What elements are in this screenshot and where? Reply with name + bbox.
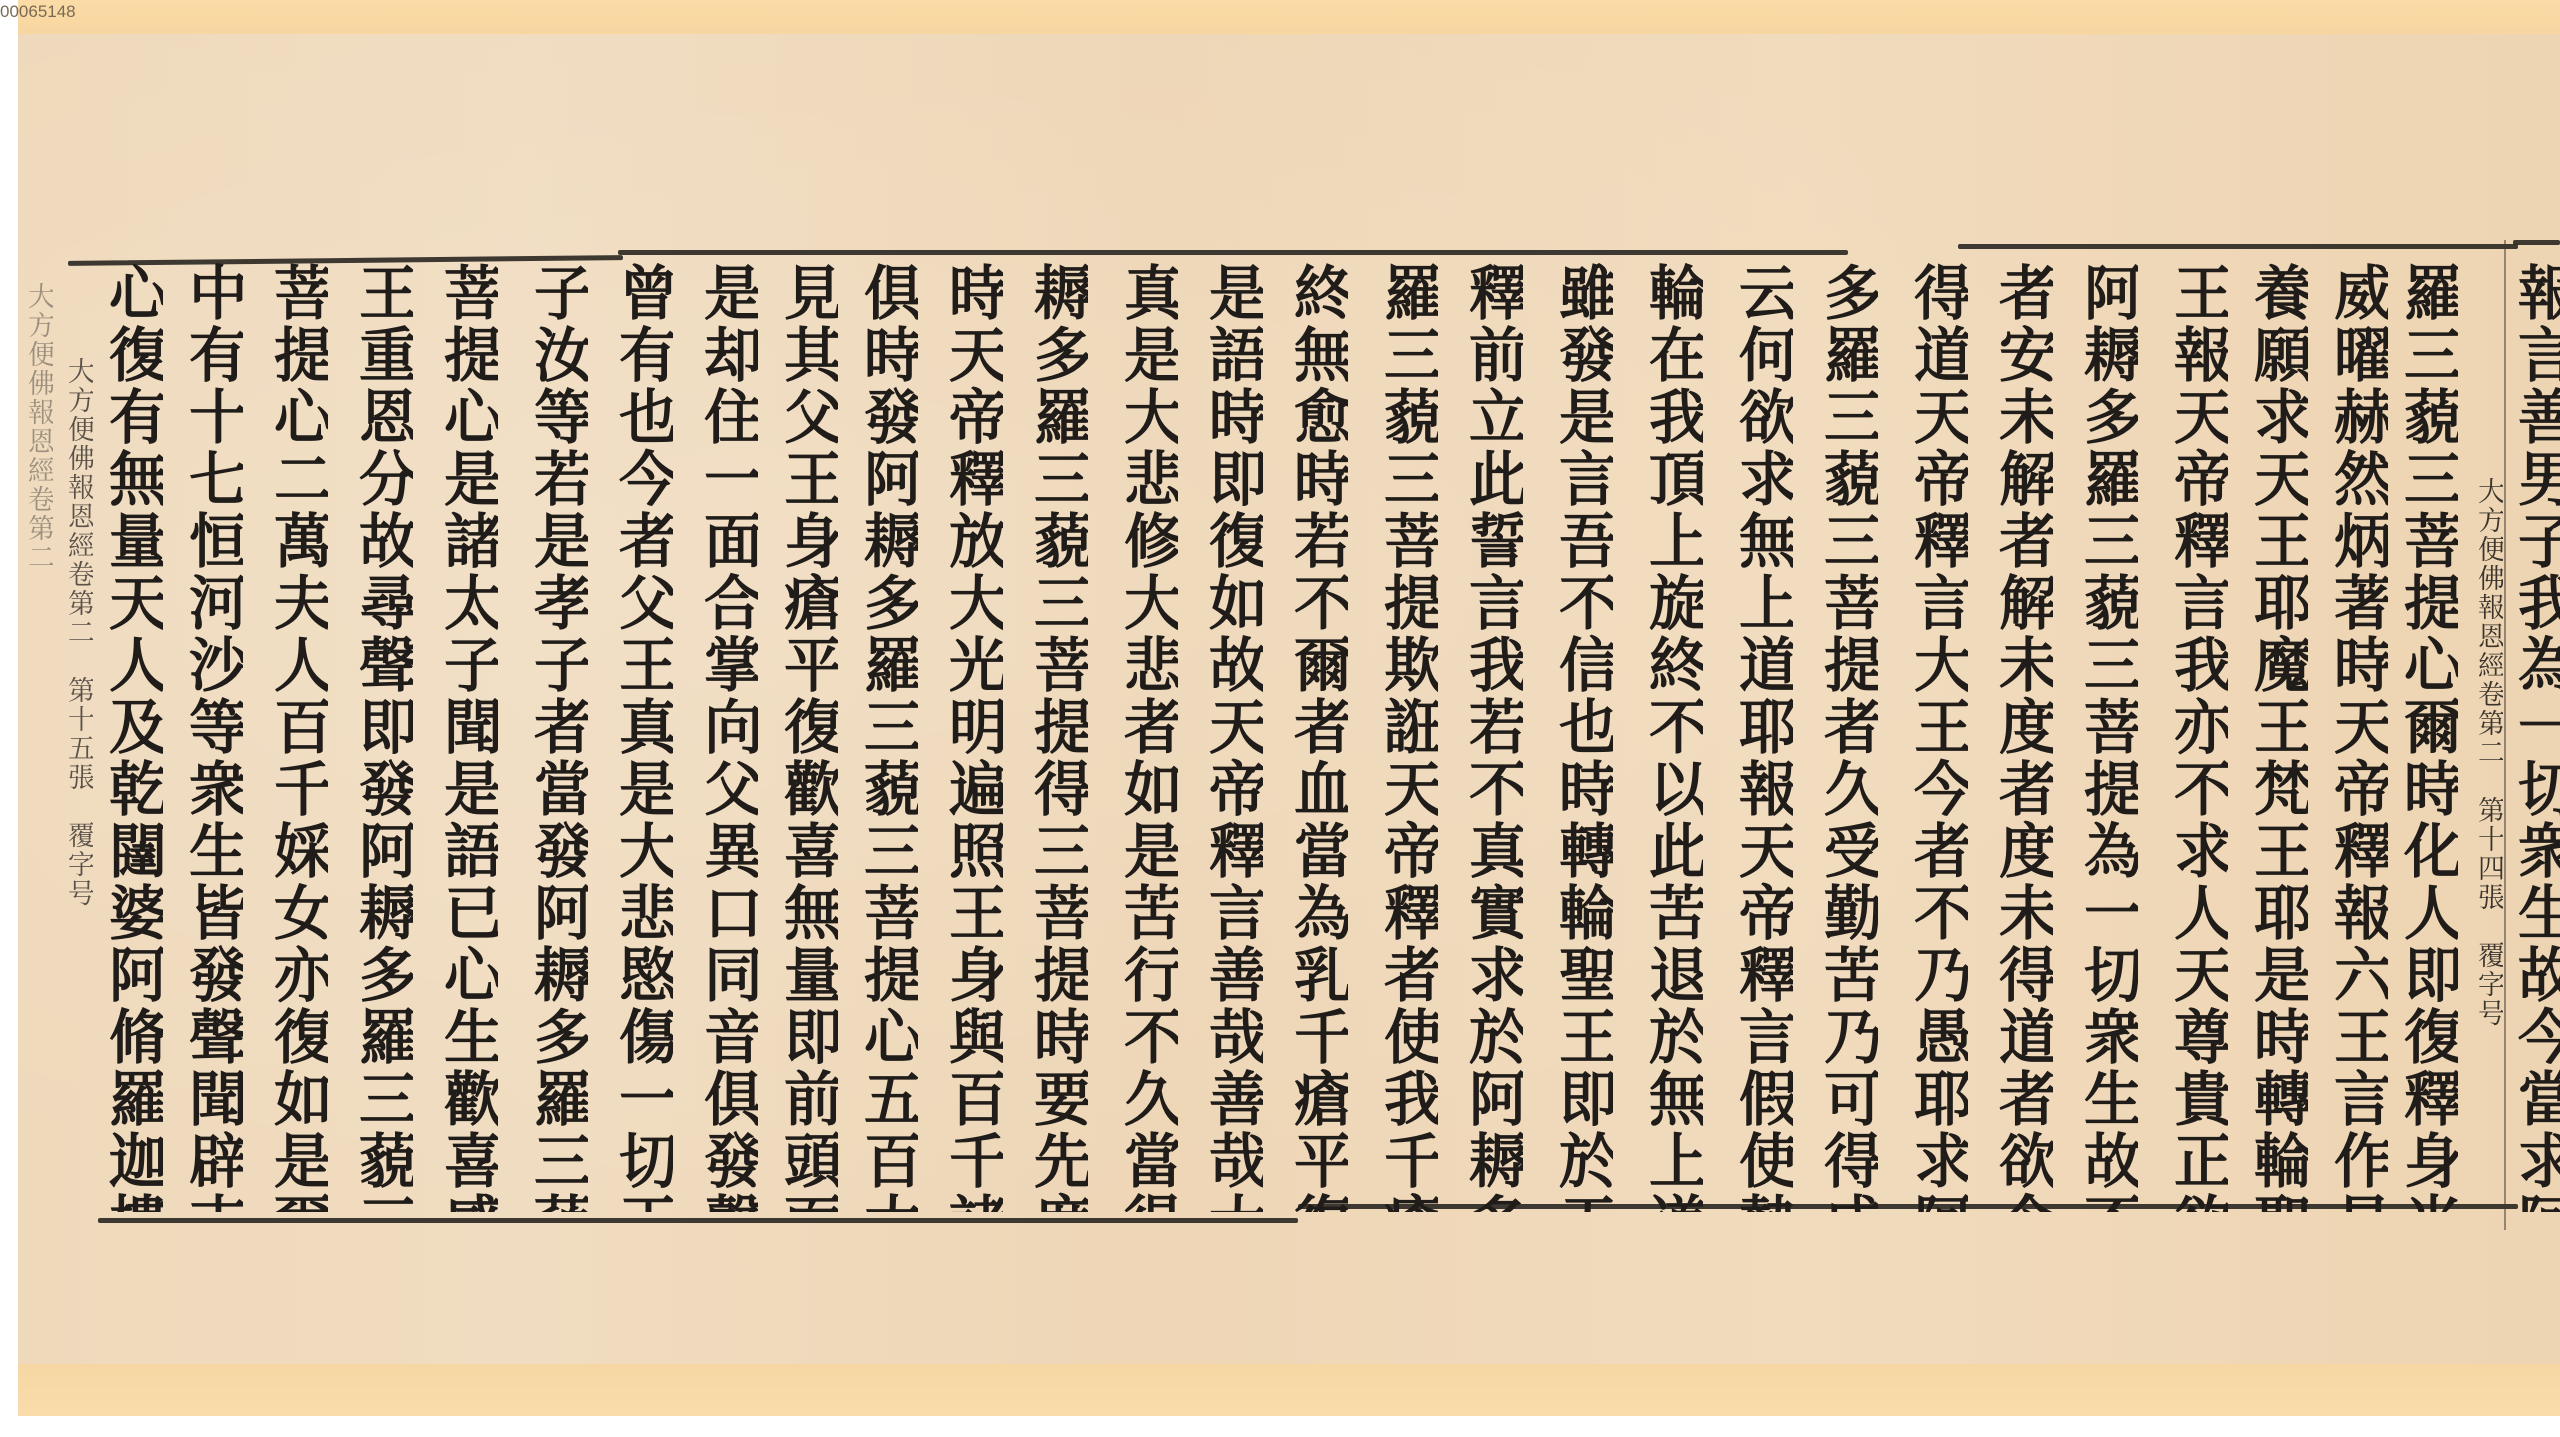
text-column: 子汝等若是孝子者當發阿耨多羅三藐三 — [528, 262, 588, 1212]
text-column: 威曜赫然炳著時天帝釋報六王言作是供 — [2328, 262, 2388, 1212]
text-column: 養願求天王耶魔王梵王耶是時轉輪聖 — [2248, 262, 2308, 1212]
text-columns: 報言善男子我為一切衆生故今當求阿耨多 大方便佛報恩經卷第二 第十四張 覆字号 羅… — [18, 262, 2560, 1212]
text-column: 曾有也今者父王真是大悲愍傷一切王報太 — [613, 262, 673, 1212]
text-column: 報言善男子我為一切衆生故今當求阿耨多 — [2512, 262, 2560, 1212]
text-column: 雖發是言吾不信也時轉輪聖王即於天帝 — [1553, 262, 1613, 1212]
top-frame-rule — [1958, 244, 2518, 249]
marginal-title: 大方便佛報恩經卷第二 第十四張 覆字号 — [2473, 477, 2503, 1427]
text-column: 王重恩分故尋聲即發阿耨多羅三藐三 — [353, 262, 413, 1212]
top-frame-rule — [2513, 240, 2560, 245]
text-column: 時天帝釋放大光明遍照王身與百千諸天 — [943, 262, 1003, 1212]
scan-image: 報言善男子我為一切衆生故今當求阿耨多 大方便佛報恩經卷第二 第十四張 覆字号 羅… — [18, 0, 2560, 1416]
text-column: 者安未解者解未度者度未得道者欲令 — [1993, 262, 2053, 1212]
text-column: 輪在我頂上旋終不以此苦退於無上道汝 — [1643, 262, 1703, 1212]
text-column: 菩提心二萬夫人百千婇女亦復如是爾時衆 — [268, 262, 328, 1212]
text-column: 耨多羅三藐三菩提得三菩提時要先度我 — [1028, 262, 1088, 1212]
text-column: 見其父王身瘡平復歡喜無量即前頭面礼 — [778, 262, 838, 1212]
text-column: 終無愈時若不爾者血當為乳千瘡平復說 — [1288, 262, 1348, 1212]
text-column: 心復有無量天人及乾闥婆阿脩羅迦樓羅 — [103, 262, 163, 1212]
marginal-title: 大方便佛報恩經卷第二 第十五張 覆字号 — [63, 357, 93, 1307]
text-column: 王報天帝釋言我亦不求人天尊貴正欲求 — [2168, 262, 2228, 1212]
text-column: 是語時即復如故天帝釋言善哉善哉大王 — [1203, 262, 1263, 1212]
text-column: 得道天帝釋言大王今者不乃愚耶求阿耨 — [1908, 262, 1968, 1212]
text-column: 是却住一面合掌向父異口同音俱發聲言未 — [698, 262, 758, 1212]
top-scanner-band — [18, 0, 2560, 36]
text-column: 真是大悲修大悲者如是苦行不久當得阿 — [1118, 262, 1178, 1212]
text-column: 阿耨多羅三藐三菩提為一切衆生故不安 — [2078, 262, 2138, 1212]
text-column: 羅三藐三菩提欺誑天帝釋者使我千瘡 — [1378, 262, 1438, 1212]
text-column: 云何欲求無上道耶報天帝釋言假使熱鐵 — [1733, 262, 1793, 1212]
text-column: 羅三藐三菩提心爾時化人即復釋身光明 — [2398, 262, 2458, 1212]
image-id-label: 00065148 — [0, 2, 76, 22]
text-column: 釋前立此誓言我若不真實求於阿耨多 — [1463, 262, 1523, 1212]
text-column: 菩提心是諸太子聞是語已心生歡喜感父 — [438, 262, 498, 1212]
bottom-scanner-band — [18, 1364, 2560, 1416]
bottom-frame-rule — [98, 1218, 1298, 1223]
text-column: 俱時發阿耨多羅三藐三菩提心五百太子 — [858, 262, 918, 1212]
top-frame-rule — [618, 250, 1848, 255]
left-edge-fragment: 大方便佛報恩經卷第二 — [23, 282, 53, 1232]
text-column: 中有十七恒河沙等衆生皆發聲聞辟支佛 — [183, 262, 243, 1212]
text-column: 多羅三藐三菩提者久受勤苦乃可得成汝 — [1818, 262, 1878, 1212]
